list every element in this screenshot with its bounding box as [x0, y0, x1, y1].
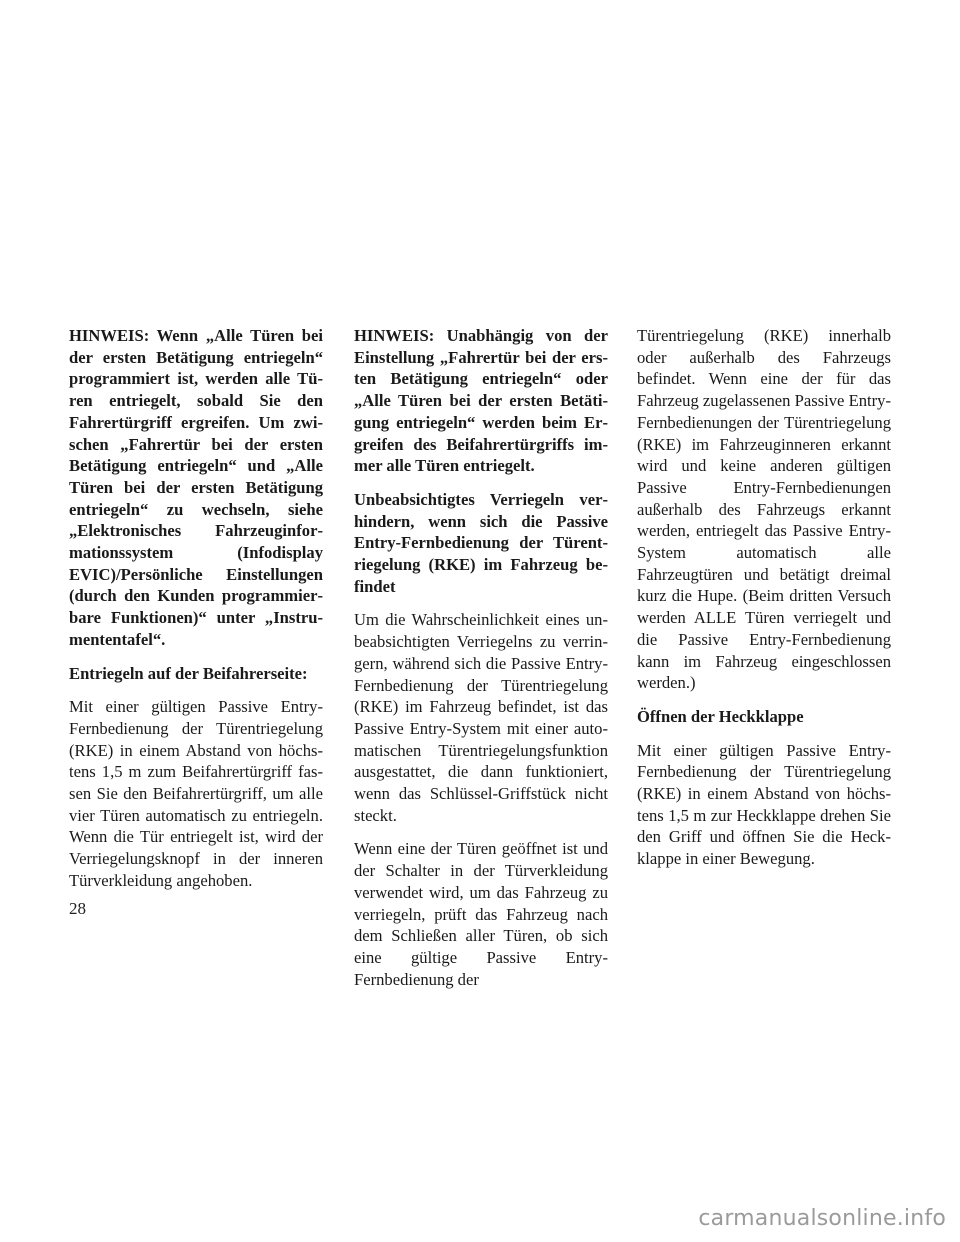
watermark: carmanualsonline.info	[698, 1206, 946, 1231]
page-number: 28	[69, 899, 86, 919]
heading-prevent-lockout: Unbeabsichtigtes Verriegeln ver­hindern,…	[354, 489, 608, 598]
paragraph-door-switch-check: Wenn eine der Türen geöffnet ist und der…	[354, 838, 608, 990]
paragraph-key-fob-detection: Türentriegelung (RKE) innerhalb oder auß…	[637, 325, 891, 694]
note-all-doors-unlock: HINWEIS: Wenn „Alle Türen bei der ersten…	[69, 325, 323, 651]
paragraph-auto-unlock-function: Um die Wahrscheinlichkeit eines un­beabs…	[354, 609, 608, 826]
column-3: Türentriegelung (RKE) innerhalb oder auß…	[637, 325, 891, 882]
heading-passenger-unlock: Entriegeln auf der Beifahrerseite:	[69, 663, 323, 685]
heading-open-liftgate: Öffnen der Heckklappe	[637, 706, 891, 728]
column-1: HINWEIS: Wenn „Alle Türen bei der ersten…	[69, 325, 323, 904]
paragraph-passenger-unlock: Mit einer gültigen Passive Entry-Fernbed…	[69, 696, 323, 891]
paragraph-open-liftgate: Mit einer gültigen Passive Entry-Fernbed…	[637, 740, 891, 870]
column-2: HINWEIS: Unabhängig von der Einstellung …	[354, 325, 608, 1002]
note-passenger-handle: HINWEIS: Unabhängig von der Einstellung …	[354, 325, 608, 477]
